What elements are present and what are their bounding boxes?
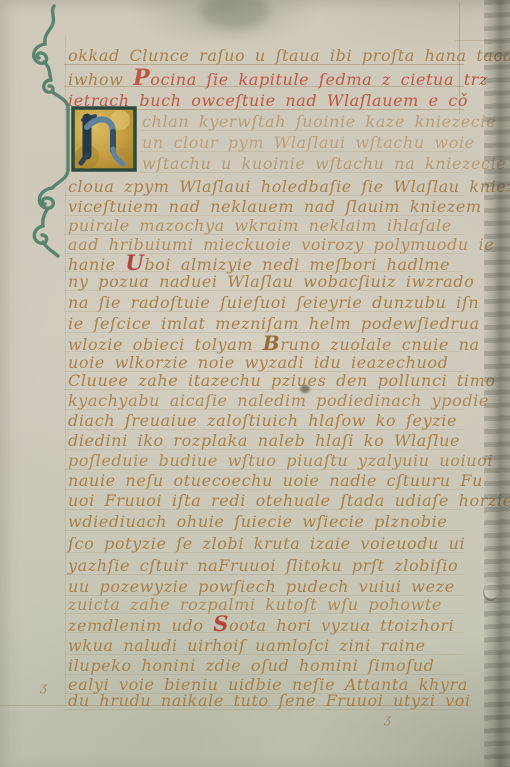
text-line: ny pozua naduei Wlaſlau wobacſiuiz iwzra… — [68, 272, 474, 292]
text-line: yazhſie cſtuir naFruuoi ſlitoku prſt zlo… — [68, 556, 458, 576]
text-line: iwhow Pocina ſie kapitule ſedma z cietua… — [68, 68, 488, 88]
text-line: ilupeko honini zdie oſud homini ſimoſud — [68, 656, 435, 676]
text-line: wkua naludi uirhoiſ uamloſci zini raine — [68, 636, 426, 656]
text-line: ietrach buch owceſtuie nad Wlaſlauem e c… — [68, 91, 468, 111]
text-line: viceſtuiem nad neklauem nad ſlauim kniez… — [68, 197, 482, 217]
text-line: diach ſreuaiue zaloſtiuich hlaſow ko ſey… — [68, 411, 457, 431]
text-line: okkad Clunce raſuo u ſtaua ibi proſta ha… — [68, 46, 510, 66]
text-line: ſco potyzie ſe zlobi kruta izaie voieuod… — [68, 534, 465, 554]
text-line: puirale mazochya wkraim neklaim ihlaſale — [68, 216, 452, 236]
text-line: un clour pym Wlaſlaui wſtachu woie — [142, 133, 475, 153]
text-line: zuicta zahe rozpalmi kutoſt wſu pohowte — [68, 595, 442, 615]
text-line: hanie Uboi almizyie nedi meſbori hadlme — [68, 253, 450, 273]
text-line: zemdlenim udo Soota hori vyzua ttoizhori — [68, 614, 454, 634]
text-line: poſleduie budiue wſtuo piuaſtu yzalyuiu … — [68, 451, 493, 471]
text-line: uoie wlkorzie noie wyzadi idu ieazechuod — [68, 353, 448, 373]
text-line: nauie neſu otuecoechu uoie nadie cſtuuru… — [68, 471, 483, 491]
text-line: chlan kyerwſtah ſuoinie kaze kniezecie — [142, 112, 496, 132]
text-line: uu pozewyzie powſiech pudech vuiui weze — [68, 577, 455, 597]
text-line: wſtachu u kuoinie wſtachu na kniezecie — [142, 154, 506, 174]
text-line: Cluuee zahe itazechu pziues den pollunci… — [68, 371, 496, 391]
manuscript-page: okkad Clunce raſuo u ſtaua ibi proſta ha… — [0, 0, 510, 767]
text-line: wlozie obieci tolyam Bruno zuolale cnuie… — [68, 333, 480, 353]
text-line: du hrudu naikale tuto ſene Fruuoi utyzi … — [68, 691, 471, 711]
text-line: diedini iko rozplaka naleb hlaſi ko Wlaſ… — [68, 431, 460, 451]
margin-mark: ʒ — [40, 680, 47, 694]
page-edge-shadow — [484, 0, 510, 767]
illuminated-initial-block — [70, 105, 138, 173]
text-line: kyachyabu aicaſie naledim podiedinach yp… — [68, 391, 489, 411]
text-line: cloua zpym Wlaſlaui holedbaſie ſie Wlaſl… — [68, 177, 510, 197]
parchment-smudge — [200, 0, 270, 30]
text-line: wdiediuach ohuie ſuiecie wſiecie plznobi… — [68, 512, 447, 532]
text-line: uoi Fruuoi iſta redi otehuale ſtada udia… — [68, 491, 510, 511]
text-line: na ſie radoſtuie ſuieſuoi ſeieyrie dunzu… — [68, 293, 479, 313]
margin-mark: ʒ — [384, 712, 391, 726]
